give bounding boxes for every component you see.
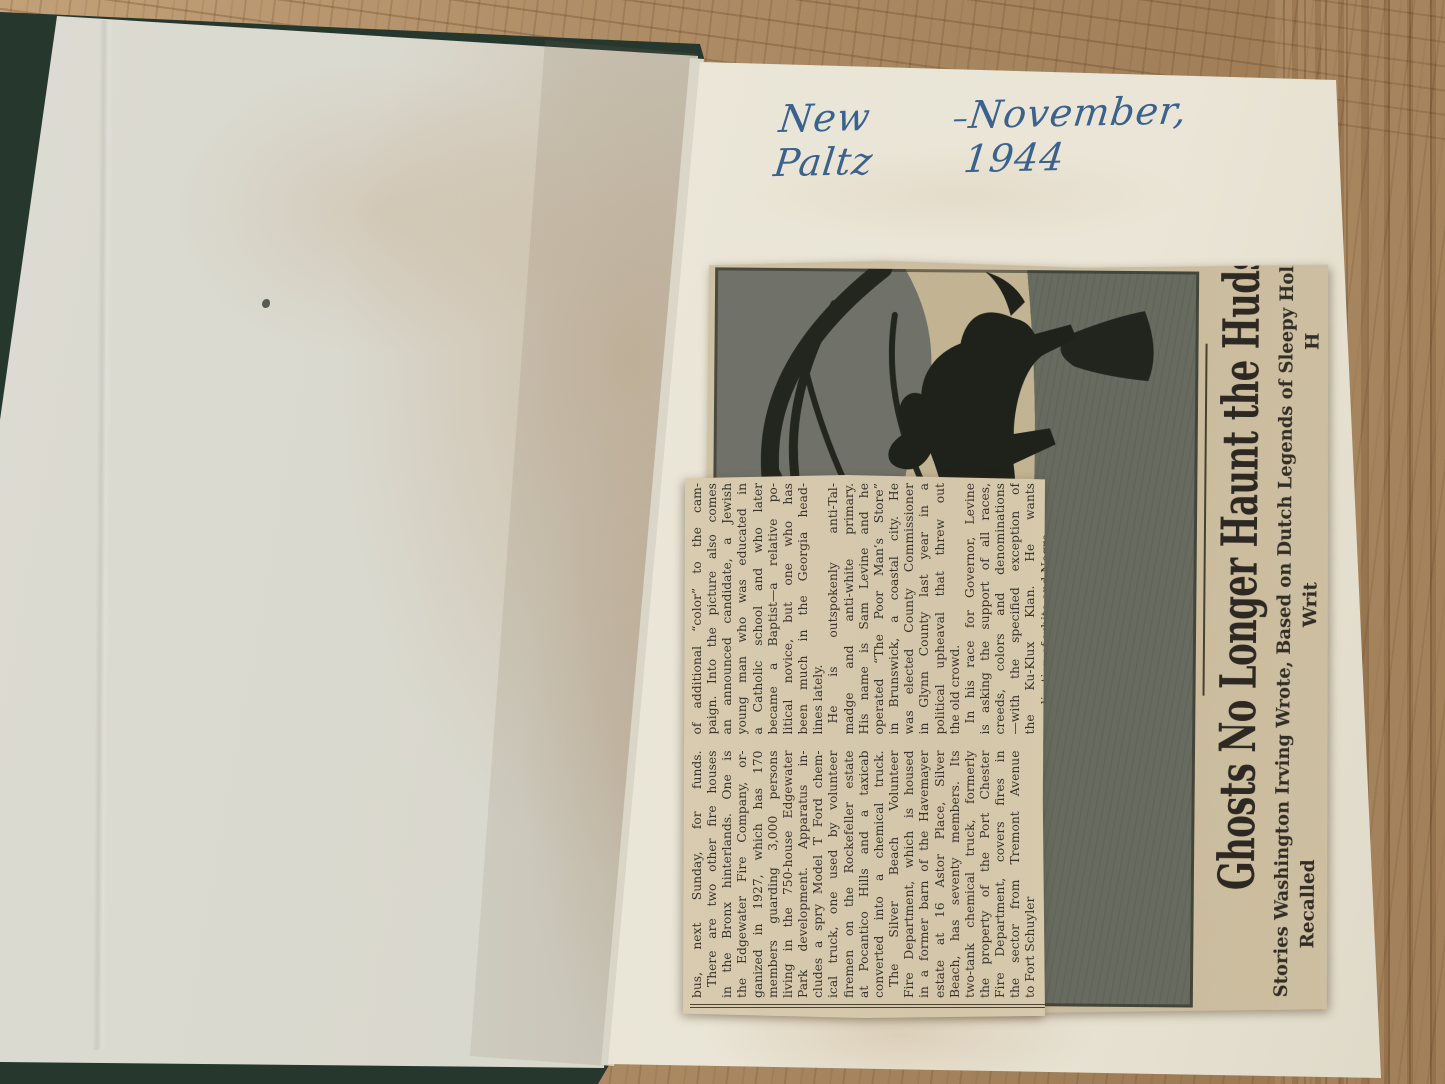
news-line: converted into a chemical truck. <box>872 750 887 998</box>
news-line: became a Baptist—a relative po- <box>766 483 781 734</box>
inscription-date: November, 1944 <box>961 87 1255 181</box>
news-line: a Catholic school and who later <box>751 483 766 734</box>
news-line: is asking the support of all races, <box>978 483 993 734</box>
news-line: in a former barn of the Havemayer <box>917 750 932 998</box>
news-line: the old crowd. <box>948 483 963 734</box>
news-line: bus, next Sunday, for funds. <box>690 750 705 998</box>
news-column-1: bus, next Sunday, for funds.There are tw… <box>690 750 1045 1008</box>
news-line: the property of the Port Chester <box>978 750 993 998</box>
news-line: firemen on the Rockefeller estate <box>842 750 857 998</box>
news-text-clipping: bus, next Sunday, for funds.There are tw… <box>683 475 1045 1018</box>
news-line: living in the 750-house Edgewater <box>781 750 796 998</box>
news-line: the sector from Tremont Avenue <box>1008 750 1023 998</box>
news-line: His name is Sam Levine and he <box>857 483 872 734</box>
news-line: operated “The Poor Man’s Store” <box>872 483 887 734</box>
news-line: lines lately. <box>811 483 826 734</box>
clipping-subtitle: Stories Washington Irving Wrote, Based o… <box>1270 283 1300 997</box>
news-line: the Ku-Klux Klan. He wants <box>1023 483 1038 734</box>
headline-rule <box>1203 344 1208 696</box>
news-line: creeds, colors and denominations <box>993 483 1008 734</box>
news-line: There are two other fire houses <box>705 750 720 998</box>
subtitle-fragment-2: Writ <box>1299 582 1323 627</box>
inscription-location: New Paltz <box>771 93 955 185</box>
news-line: Park development. Apparatus in- <box>796 750 811 998</box>
news-line: members guarding 3,000 persons <box>766 750 781 998</box>
subtitle-fragment-1: Recalled <box>1296 859 1321 948</box>
news-line: at Pocantico Hills and a taxicab <box>857 750 872 998</box>
news-line: in the Bronx hinterlands. One is <box>720 750 735 998</box>
news-line: litical novice, but one who has <box>781 483 796 734</box>
news-line: He is outspokenly anti-Tal- <box>826 483 841 734</box>
news-line: paign. Into the picture also comes <box>705 483 720 734</box>
news-line: political upheaval that threw out <box>933 483 948 734</box>
news-line: two-tank chemical truck, formerly <box>963 750 978 998</box>
news-line: in Glynn County last year in a <box>917 483 932 734</box>
news-line: ical truck, one used by volunteer <box>826 750 841 998</box>
photo-open-book-with-clippings: New Paltz – November, 1944 <box>0 0 1445 1084</box>
news-line: was elected County Commissioner <box>902 483 917 734</box>
news-line: an announced candidate, a Jewish <box>720 483 735 734</box>
news-line: —with the specified exception of <box>1008 483 1023 734</box>
news-line: equalization of white and Negro <box>1039 483 1045 734</box>
news-line: in Brunswick, a coastal city. He <box>887 483 902 734</box>
news-line: of additional “color” to the cam- <box>690 483 705 734</box>
news-line: ganized in 1927, which has 170 <box>751 750 766 998</box>
clipping-subtitle-fragment: Recalled Writ H <box>1296 272 1326 1008</box>
news-line: to Fort Schuyler <box>1023 750 1038 998</box>
subtitle-fragment-3: H <box>1302 332 1326 350</box>
news-line: Fire Department, which is housed <box>902 750 917 998</box>
news-line: Fire Department, covers fires in <box>993 750 1008 998</box>
news-line: Beach, has seventy members. Its <box>948 750 963 998</box>
news-line: young man who was educated in <box>735 483 750 734</box>
news-line: estate at 16 Astor Place, Silver <box>933 750 948 998</box>
news-line: the Edgewater Fire Company, or- <box>735 750 750 998</box>
news-line: been much in the Georgia head- <box>796 483 811 734</box>
news-line: madge and anti-white primary. <box>842 483 857 734</box>
clipping-headline: Ghosts No Longer Haunt the Hudson Valley <box>1207 389 1271 890</box>
news-line: In his race for Governor, Levine <box>963 483 978 734</box>
news-column-2: of additional “color” to the cam-paign. … <box>690 483 1045 734</box>
handwritten-inscription: New Paltz – November, 1944 <box>774 87 1256 163</box>
news-line: The Silver Beach Volunteer <box>887 750 902 998</box>
news-line: cludes a spry Model T Ford chem- <box>811 750 826 998</box>
